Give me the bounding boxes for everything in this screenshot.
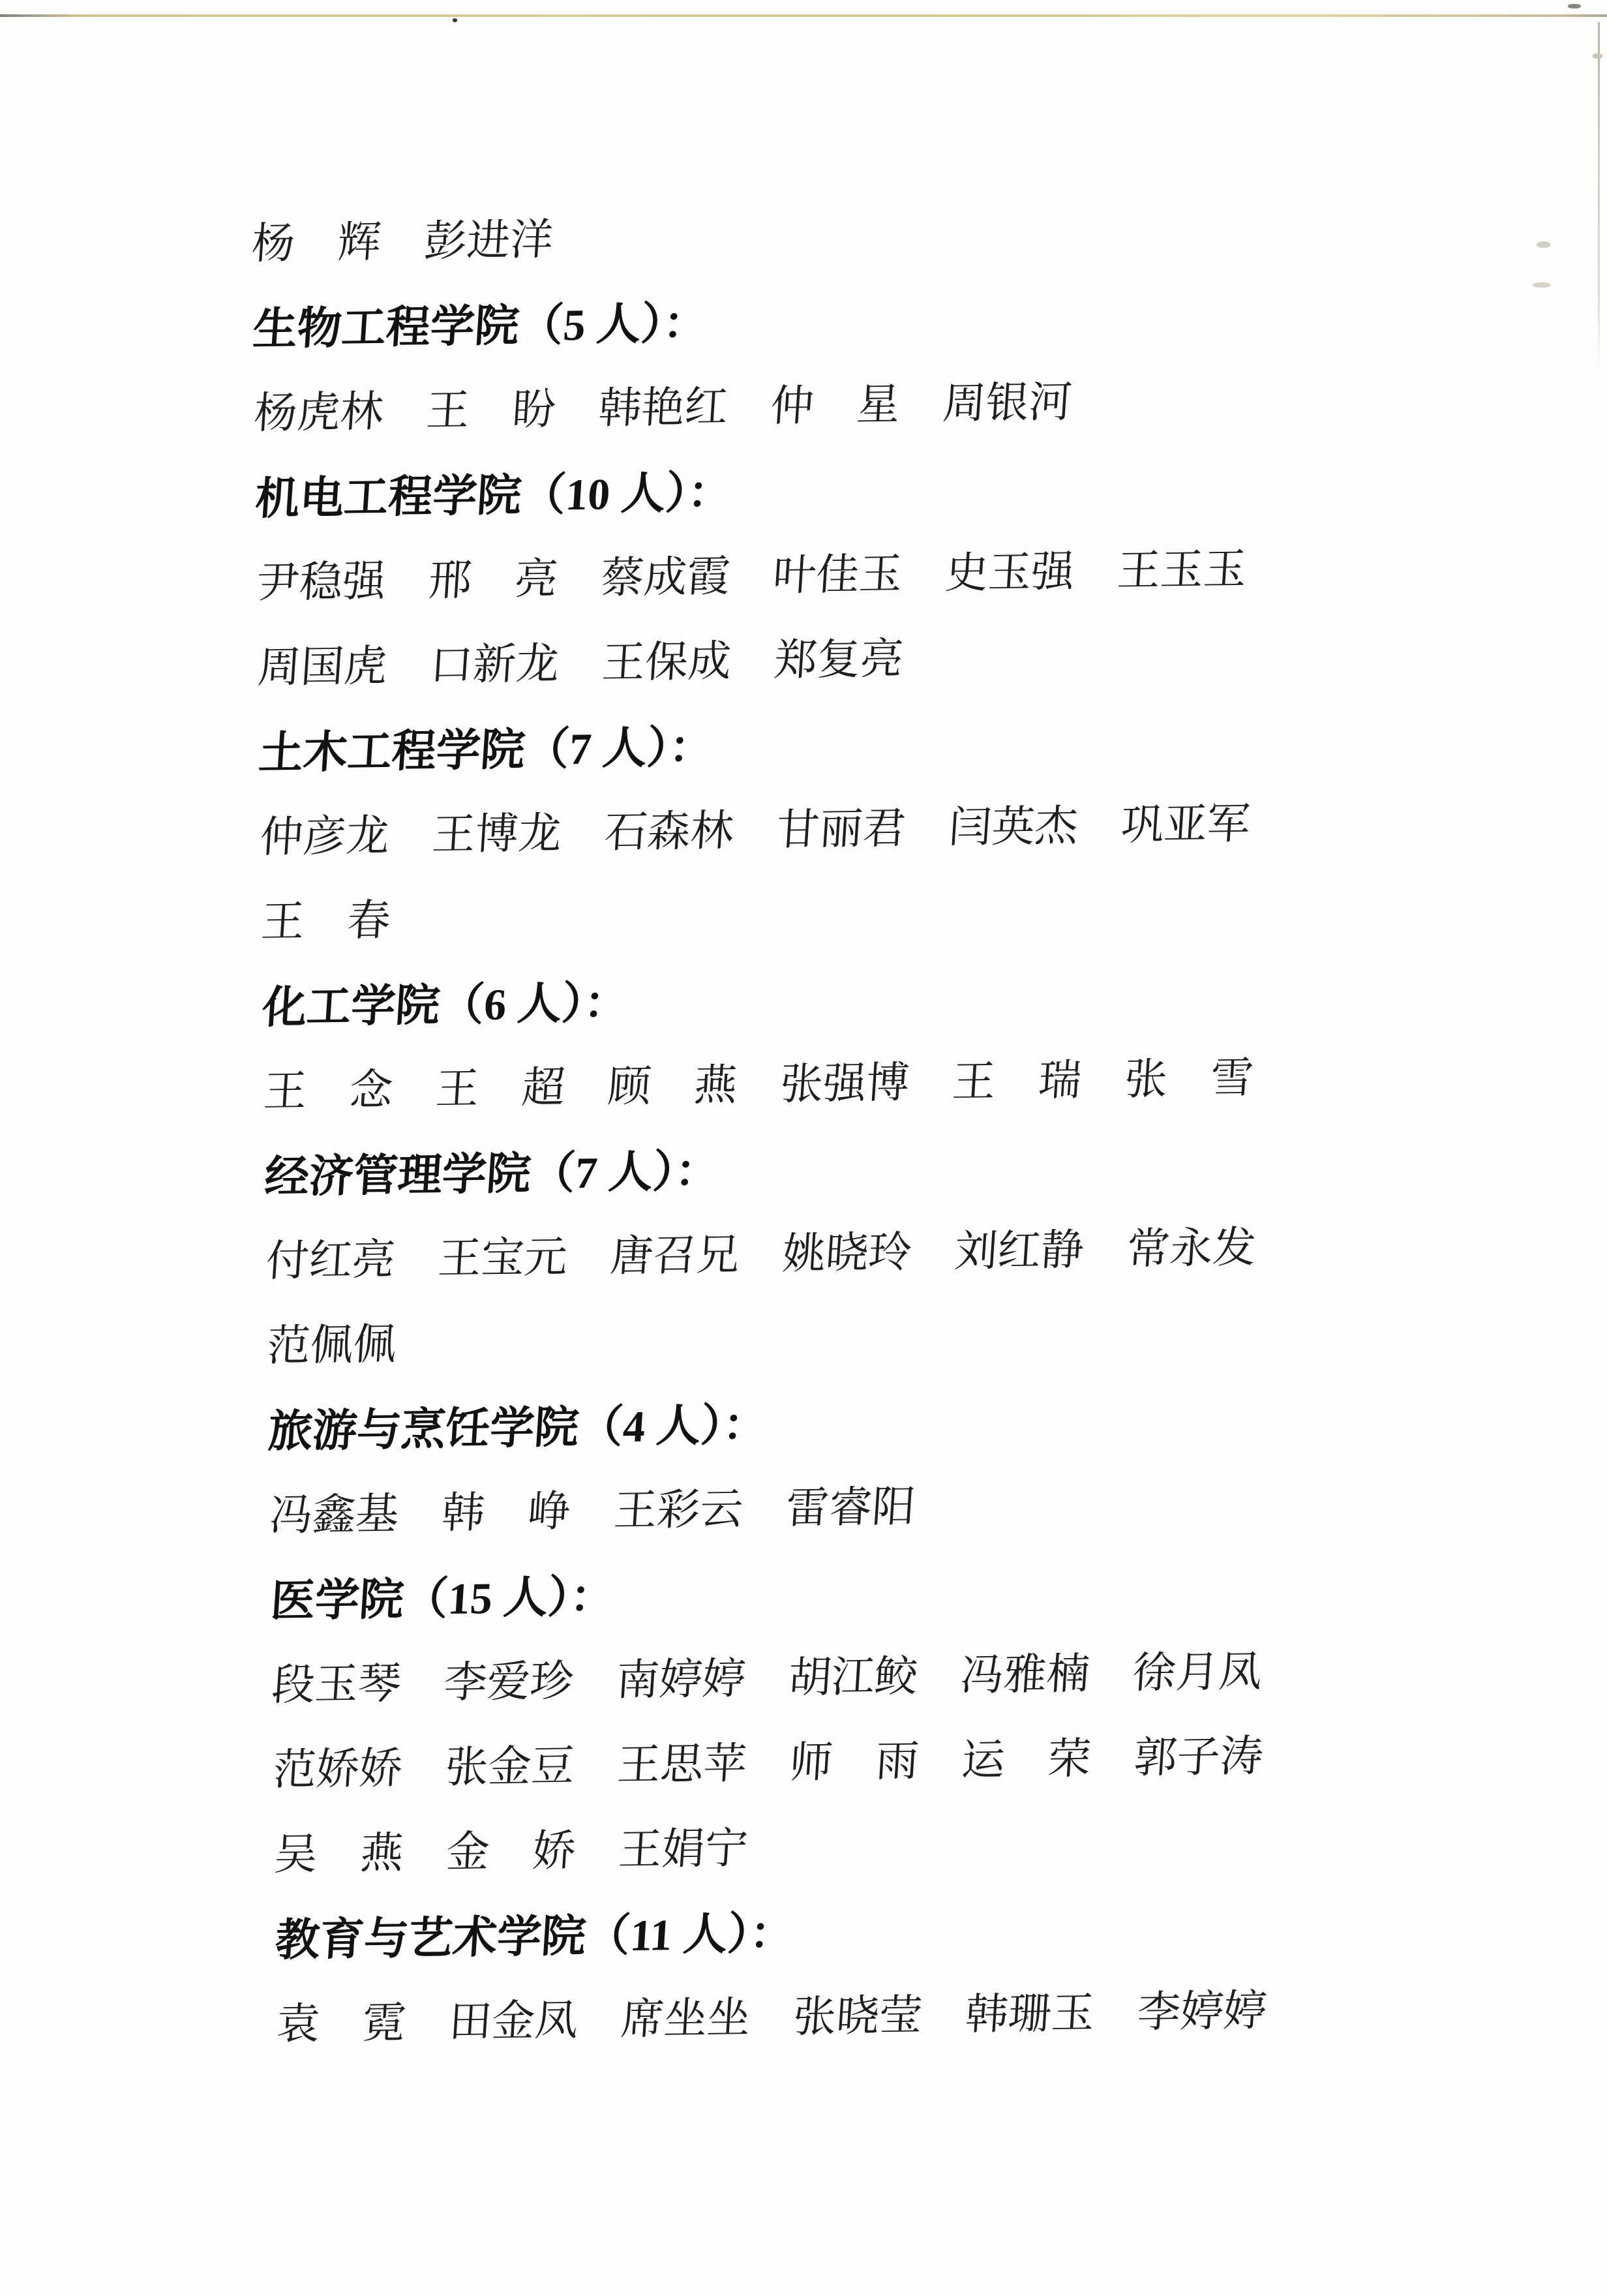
section-header: 土木工程学院（7 人）： xyxy=(256,695,1409,796)
scan-speck xyxy=(1533,282,1550,288)
scan-speck xyxy=(453,18,457,22)
name-line: 王 春 xyxy=(258,864,1411,965)
scan-speck xyxy=(1593,53,1602,59)
scan-speck xyxy=(1537,241,1550,248)
name-line: 王 念 王 超 顾 燕 张强博 王 瑞 张 雪 xyxy=(261,1034,1414,1135)
name-line: 付红亮 王宝元 唐召兄 姚晓玲 刘红静 常永发 xyxy=(263,1203,1417,1305)
name-line: 冯鑫基 韩 峥 王彩云 雷睿阳 xyxy=(267,1458,1420,1559)
document-body: 杨 辉 彭进洋 生物工程学院（5 人）： 杨虎林 王 盼 韩艳红 仲 星 周银河… xyxy=(248,186,1422,2067)
section-header: 生物工程学院（5 人）： xyxy=(250,271,1404,372)
name-line: 范娇娇 张金豆 王思苹 师 雨 运 荣 郭子涛 xyxy=(270,1712,1423,1813)
name-line: 吴 燕 金 娇 王娟宁 xyxy=(271,1797,1424,1898)
section-header: 机电工程学院（10 人）： xyxy=(252,440,1405,541)
section-header: 教育与艺术学院（11 人）： xyxy=(273,1882,1426,1983)
name-line: 袁 霓 田金凤 席坐坐 张晓莹 韩珊玉 李婷婷 xyxy=(274,1967,1427,2068)
section-header: 医学院（15 人）： xyxy=(268,1543,1421,1644)
scan-artifact-right-edge-line xyxy=(1598,22,1600,368)
section-header: 化工学院（6 人）： xyxy=(260,949,1413,1050)
section-header: 旅游与烹饪学院（4 人）： xyxy=(265,1373,1419,1474)
name-line: 仲彦龙 王博龙 石森林 甘丽君 闫英杰 巩亚军 xyxy=(258,779,1411,881)
name-line: 尹稳强 邢 亮 蔡成霞 叶佳玉 史玉强 王玉玉 xyxy=(254,525,1407,626)
name-line: 杨虎林 王 盼 韩艳红 仲 星 周银河 xyxy=(251,355,1404,457)
scan-speck xyxy=(1568,4,1581,8)
scanned-page: 杨 辉 彭进洋 生物工程学院（5 人）： 杨虎林 王 盼 韩艳红 仲 星 周银河… xyxy=(0,0,1607,2296)
scan-artifact-top-edge-line xyxy=(0,14,1607,17)
name-line: 周国虎 口新龙 王保成 郑复亮 xyxy=(255,610,1408,711)
name-line: 杨 辉 彭进洋 xyxy=(249,186,1402,287)
name-line: 范佩佩 xyxy=(264,1288,1417,1389)
name-line: 段玉琴 李爱珍 南婷婷 胡江鲛 冯雅楠 徐月凤 xyxy=(269,1627,1422,1729)
section-header: 经济管理学院（7 人）： xyxy=(262,1119,1415,1220)
